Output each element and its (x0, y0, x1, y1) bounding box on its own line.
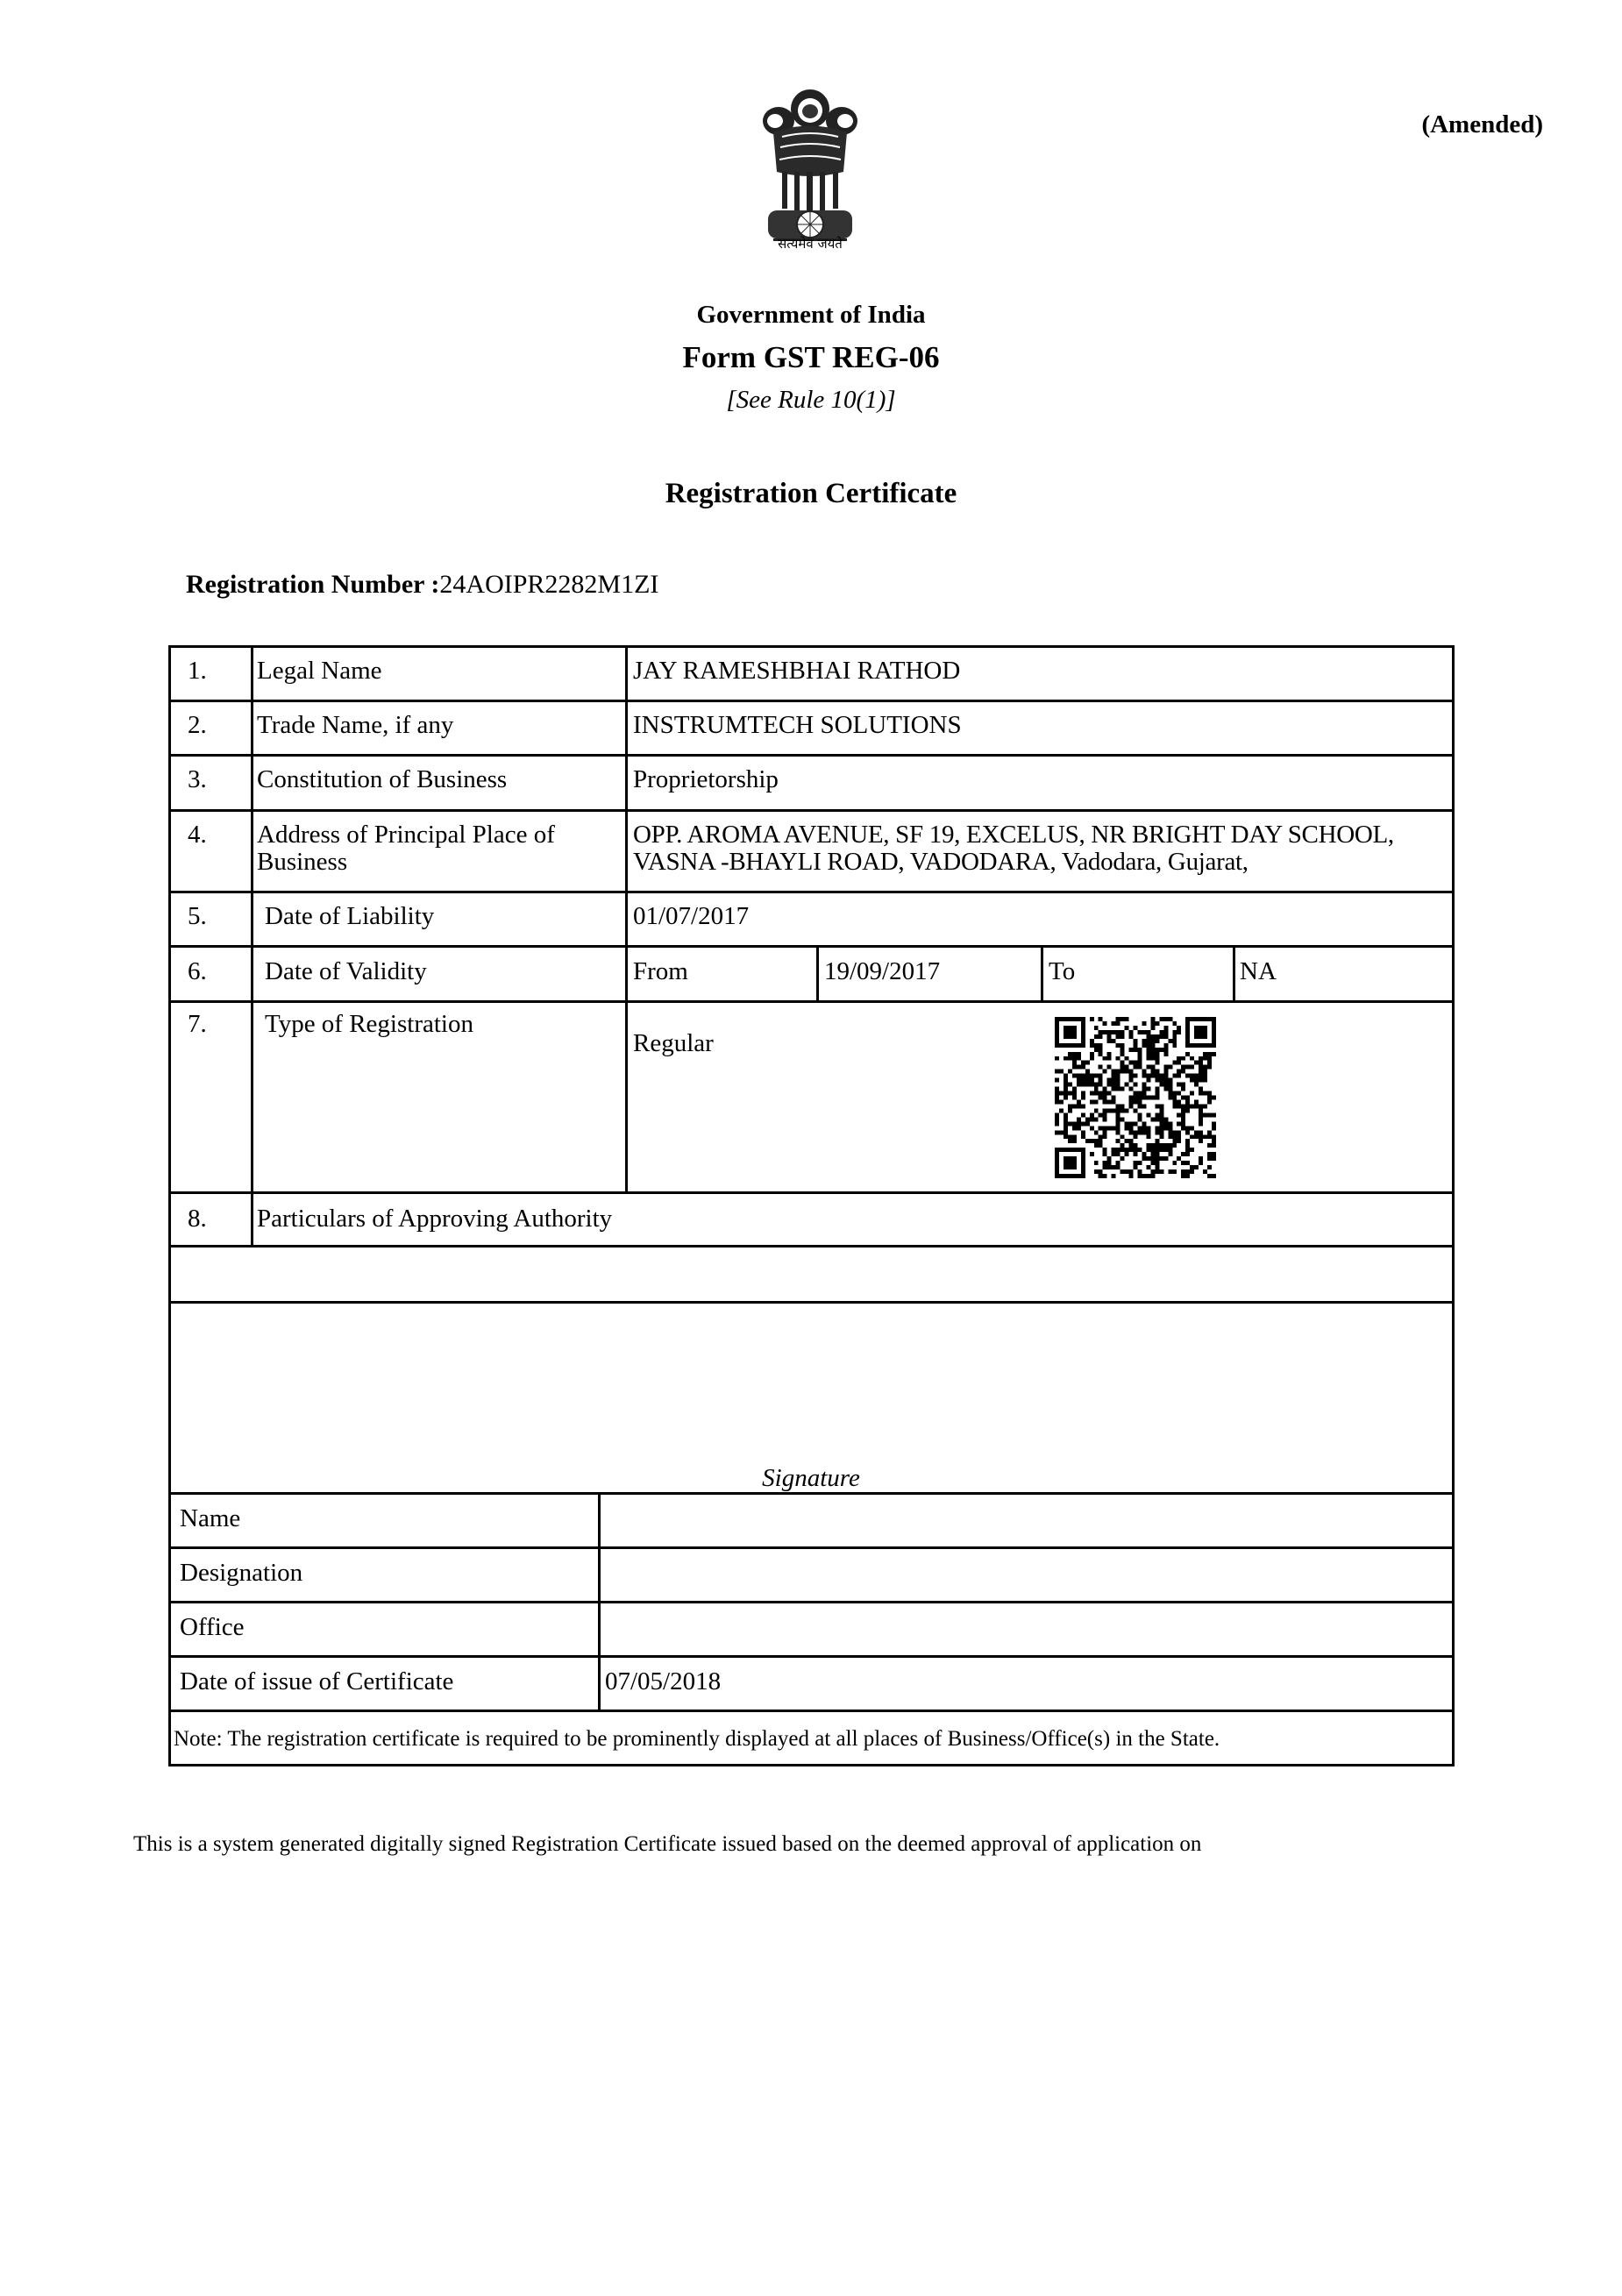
row-6-label: Date of Validity (265, 958, 427, 985)
row-7-num-cell (168, 1000, 253, 1194)
row-1-label: Legal Name (257, 658, 382, 685)
form-title: Form GST REG-06 (0, 340, 1622, 375)
row-5-num: 5. (188, 903, 207, 930)
registration-type-value: Regular (633, 1030, 714, 1057)
row-5-value-cell (625, 891, 1455, 948)
qr-code-icon (1055, 1017, 1216, 1178)
registration-number-value: 24AOIPR2282M1ZI (439, 570, 658, 599)
name-value-cell (598, 1492, 1455, 1549)
row-1-num-cell (168, 645, 253, 702)
row-6-num: 6. (188, 958, 207, 985)
certificate-title: Registration Certificate (0, 478, 1622, 510)
row-5-label: Date of Liability (265, 903, 434, 930)
constitution-value: Proprietorship (633, 766, 779, 793)
row-3-num: 3. (188, 766, 207, 793)
system-generated-footer: This is a system generated digitally sig… (133, 1832, 1201, 1857)
row-7-label: Type of Registration (265, 1011, 473, 1038)
authority-office-label: Office (180, 1614, 245, 1641)
registration-number: Registration Number :24AOIPR2282M1ZI (186, 570, 658, 600)
issue-date-label: Date of issue of Certificate (180, 1668, 453, 1695)
row-5-num-cell (168, 891, 253, 948)
row-3-num-cell (168, 754, 253, 812)
validity-to-value: NA (1240, 958, 1277, 985)
row-7-num: 7. (188, 1011, 207, 1038)
validity-from-value: 19/09/2017 (824, 958, 940, 985)
row-4-num: 4. (188, 821, 207, 849)
row-2-label: Trade Name, if any (257, 712, 453, 739)
row-4-num-cell (168, 809, 253, 893)
registration-number-label: Registration Number : (186, 570, 439, 599)
address-value: OPP. AROMA AVENUE, SF 19, EXCELUS, NR BR… (633, 821, 1448, 876)
row-6-num-cell (168, 945, 253, 1003)
row-2-num: 2. (188, 712, 207, 739)
issue-date-value: 07/05/2018 (605, 1668, 721, 1695)
state-emblem-icon: सत्यमेव जयते (756, 84, 864, 259)
authority-name-label: Name (180, 1505, 240, 1532)
validity-to-label: To (1049, 958, 1075, 985)
issue-date-value-cell (598, 1655, 1455, 1712)
designation-value-cell (598, 1546, 1455, 1603)
row-7-value-cell (625, 1000, 1455, 1194)
office-value-cell (598, 1601, 1455, 1658)
amended-label: (Amended) (1368, 110, 1543, 139)
legal-name-value: JAY RAMESHBHAI RATHOD (633, 658, 960, 685)
row-8-label: Particulars of Approving Authority (257, 1205, 612, 1233)
row-1-num: 1. (188, 658, 207, 685)
motto: सत्यमेव जयते (756, 235, 864, 252)
validity-from-label: From (633, 958, 688, 985)
government-heading: Government of India (0, 301, 1622, 330)
row-2-num-cell (168, 700, 253, 757)
row-4-label: Address of Principal Place of Business (257, 821, 616, 876)
display-note: Note: The registration certificate is re… (174, 1725, 1220, 1752)
liability-date-value: 01/07/2017 (633, 903, 749, 930)
rule-reference: [See Rule 10(1)] (0, 386, 1622, 415)
empty-row (168, 1245, 1455, 1304)
row-3-label: Constitution of Business (257, 766, 507, 793)
trade-name-value: INSTRUMTECH SOLUTIONS (633, 712, 962, 739)
row-8-num-cell (168, 1191, 253, 1248)
authority-designation-label: Designation (180, 1560, 302, 1587)
signature-label: Signature (0, 1465, 1622, 1492)
row-8-num: 8. (188, 1205, 207, 1233)
